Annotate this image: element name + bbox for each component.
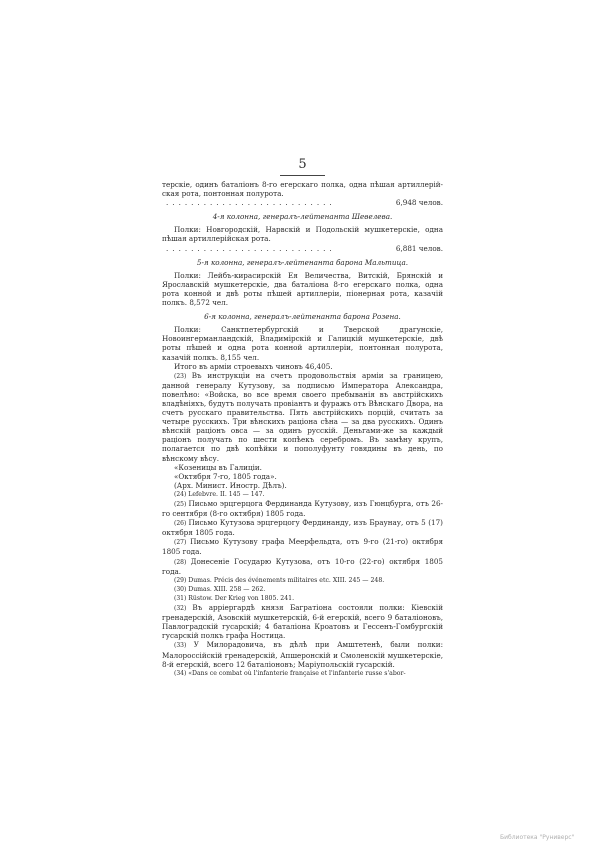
footnote: (29) Dumas. Précis des événements milita…	[162, 576, 443, 585]
footnote-text: Въ арріергардѣ князя Багратіона состояли…	[162, 603, 443, 640]
footnote-number: (29)	[174, 577, 188, 584]
footnote-text: «Dans ce combat où l'infanterie français…	[188, 670, 405, 677]
footnote-text: Письмо Кутузова эрцгерцогу Фердинанду, и…	[162, 518, 443, 537]
footnote-text: Письмо Кутузову графа Меерфельдта, отъ 9…	[162, 537, 443, 556]
footnote: (33) У Милорадовича, въ дѣлѣ при Амштете…	[162, 640, 443, 668]
page-number-rule	[280, 175, 325, 176]
footnote-number: (31)	[174, 595, 188, 602]
footnote: (Арх. Минист. Иностр. Дѣлъ).	[162, 481, 443, 490]
footnote-text: Dumas. Précis des événements militaires …	[188, 577, 384, 584]
footnote: (23) Въ инструкціи на счетъ продовольств…	[162, 371, 443, 463]
footnote-number: (25)	[174, 501, 188, 508]
footnote: (24) Lefebvre. II. 145 — 147.	[162, 490, 443, 499]
footnote-text: Письмо эрцгерцога Фердинанда Кутузову, и…	[162, 499, 443, 518]
footnote: (25) Письмо эрцгерцога Фердинанда Кутузо…	[162, 499, 443, 518]
footnote-text: Донесеніе Государю Кутузова, отъ 10-го (…	[162, 557, 443, 576]
column-4-count-line: ...........................6,881 челов.	[162, 244, 443, 253]
footnote-number: (23)	[174, 373, 192, 380]
column-4-heading: 4-я колонна, генералъ-лейтенанта Шевелев…	[162, 212, 443, 221]
footnote-text: Въ инструкціи на счетъ продовольствія ар…	[162, 371, 443, 463]
footnote-number: (24)	[174, 491, 188, 498]
book-page: 5 терскіе, одинъ баталіонъ 8-го егерскаг…	[162, 158, 443, 678]
footnote: (26) Письмо Кутузова эрцгерцогу Фердинан…	[162, 518, 443, 537]
column-4-count: 6,881 челов.	[396, 244, 443, 253]
footnote: (30) Dumas. XIII. 258 — 262.	[162, 585, 443, 594]
column-3-count-line: ...........................6,948 челов.	[162, 198, 443, 207]
page-number: 5	[283, 158, 323, 172]
footnote: «Октября 7-го, 1805 года».	[162, 472, 443, 481]
footnote-text: (Арх. Минист. Иностр. Дѣлъ).	[174, 481, 287, 490]
column-4-text: Полки: Новгородскій, Нарвскій и Подольск…	[162, 225, 443, 243]
footnote-text: Dumas. XIII. 258 — 262.	[188, 586, 265, 593]
column-3-count: 6,948 челов.	[396, 198, 443, 207]
footnote-number: (26)	[174, 520, 188, 527]
column-6-text: Полки: Санктпетербургскій и Тверской дра…	[162, 325, 443, 361]
column-3-tail: терскіе, одинъ баталіонъ 8-го егерскаго …	[162, 180, 443, 198]
footnote: (28) Донесеніе Государю Кутузова, отъ 10…	[162, 557, 443, 576]
footnote: (27) Письмо Кутузову графа Меерфельдта, …	[162, 537, 443, 556]
footnote-number: (34)	[174, 670, 188, 677]
footnote-number: (32)	[174, 605, 192, 612]
footnote: (31) Rüstow. Der Krieg von 1805. 241.	[162, 594, 443, 603]
footnote-number: (27)	[174, 539, 190, 546]
footnotes: (23) Въ инструкціи на счетъ продовольств…	[162, 371, 443, 678]
footnote-text: Rüstow. Der Krieg von 1805. 241.	[188, 595, 294, 602]
footnote: «Козеницы въ Галиціи.	[162, 463, 443, 472]
footnote-number: (33)	[174, 642, 194, 649]
footnote-number: (30)	[174, 586, 188, 593]
footnote-text: У Милорадовича, въ дѣлѣ при Амштетенѣ, б…	[162, 640, 443, 668]
column-5-heading: 5-я колонна, генералъ-лейтенанта барона …	[162, 258, 443, 267]
library-watermark: Библиотека "Руниверс"	[500, 834, 574, 841]
column-6-heading: 6-я колонна, генералъ-лейтенанта барона …	[162, 312, 443, 321]
footnote-number: (28)	[174, 559, 191, 566]
footnote-text: «Козеницы въ Галиціи.	[174, 463, 262, 472]
army-total: Итого въ арміи строевыхъ чиновъ 46,405.	[162, 362, 443, 371]
leader-dots: ...........................	[166, 198, 392, 207]
footnote-text: Lefebvre. II. 145 — 147.	[188, 491, 264, 498]
column-5-text: Полки: Лейбъ-кирасирскій Ея Величества, …	[162, 271, 443, 307]
footnote: (32) Въ арріергардѣ князя Багратіона сос…	[162, 603, 443, 640]
footnote: (34) «Dans ce combat où l'infanterie fra…	[162, 669, 443, 678]
leader-dots: ...........................	[166, 244, 392, 253]
footnote-text: «Октября 7-го, 1805 года».	[174, 472, 277, 481]
